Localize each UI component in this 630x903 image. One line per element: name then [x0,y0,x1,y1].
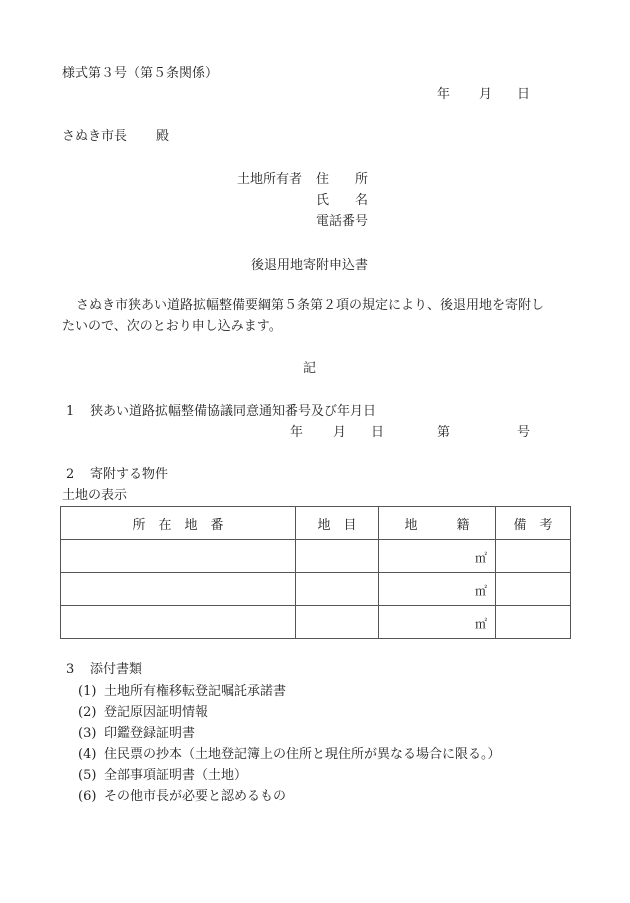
section-1-day-label: 日 [371,425,384,441]
cell-remarks[interactable] [496,606,571,639]
addressee-name: さぬき市長 [62,129,127,145]
land-table: 所 在 地 番 地 目 地 籍 備 考 ㎡ ㎡ ㎡ [60,506,571,639]
body-text-line-1: さぬき市狭あい道路拡幅整備要綱第５条第２項の規定により、後退用地を寄附し [76,298,544,314]
attachment-number: (1) [78,684,96,700]
section-1-heading: 狭あい道路拡幅整備協議同意通知番号及び年月日 [90,404,376,420]
section-3-number: 3 [66,662,74,678]
area-unit: ㎡ [475,582,487,599]
land-table-header: 所 在 地 番 地 目 地 籍 備 考 [61,507,571,540]
attachment-text: 印鑑登録証明書 [104,726,195,742]
cell-category[interactable] [296,573,379,606]
form-number: 様式第３号（第５条関係） [62,66,218,82]
table-row: ㎡ [61,573,571,606]
section-3-heading: 添付書類 [90,662,142,678]
section-1-dai-label: 第 [437,425,450,441]
applicant-label: 土地所有者 [237,172,302,188]
table-row: ㎡ [61,606,571,639]
header-area: 地 籍 [379,507,496,540]
attachment-number: (6) [78,789,96,805]
applicant-address-label: 住 所 [316,172,368,188]
cell-location[interactable] [61,540,296,573]
applicant-phone-label: 電話番号 [316,214,368,230]
cell-category[interactable] [296,606,379,639]
addressee-honorific: 殿 [156,129,169,145]
body-text-line-2: たいので、次のとおり申し込みます。 [62,319,282,335]
cell-remarks[interactable] [496,573,571,606]
section-2-number: 2 [66,467,74,483]
attachment-text: 全部事項証明書（土地） [104,768,247,784]
date-year-label: 年 [437,87,450,103]
document-title: 後退用地寄附申込書 [251,258,368,274]
section-1-year-label: 年 [290,425,303,441]
attachment-text: 登記原因証明情報 [104,705,208,721]
section-1-number: 1 [66,404,74,420]
attachment-text: 住民票の抄本（土地登記簿上の住所と現住所が異なる場合に限る。） [104,747,501,763]
attachment-number: (4) [78,747,96,763]
attachment-text: 土地所有権移転登記嘱託承諾書 [104,684,286,700]
header-category: 地 目 [296,507,379,540]
applicant-name-label: 氏 名 [316,193,368,209]
section-2-subheading: 土地の表示 [62,488,127,504]
area-unit: ㎡ [475,615,487,632]
section-1-go-label: 号 [517,425,530,441]
ki-heading: 記 [303,361,316,377]
section-1-month-label: 月 [333,425,346,441]
area-unit: ㎡ [475,549,487,566]
header-location: 所 在 地 番 [61,507,296,540]
cell-area[interactable]: ㎡ [379,573,496,606]
cell-category[interactable] [296,540,379,573]
header-remarks: 備 考 [496,507,571,540]
date-day-label: 日 [517,87,530,103]
date-month-label: 月 [479,87,492,103]
table-row: ㎡ [61,540,571,573]
cell-remarks[interactable] [496,540,571,573]
cell-location[interactable] [61,573,296,606]
attachment-number: (3) [78,726,96,742]
attachment-number: (5) [78,768,96,784]
cell-location[interactable] [61,606,296,639]
section-2-heading: 寄附する物件 [90,467,168,483]
cell-area[interactable]: ㎡ [379,606,496,639]
attachment-number: (2) [78,705,96,721]
cell-area[interactable]: ㎡ [379,540,496,573]
attachment-text: その他市長が必要と認めるもの [104,789,286,805]
